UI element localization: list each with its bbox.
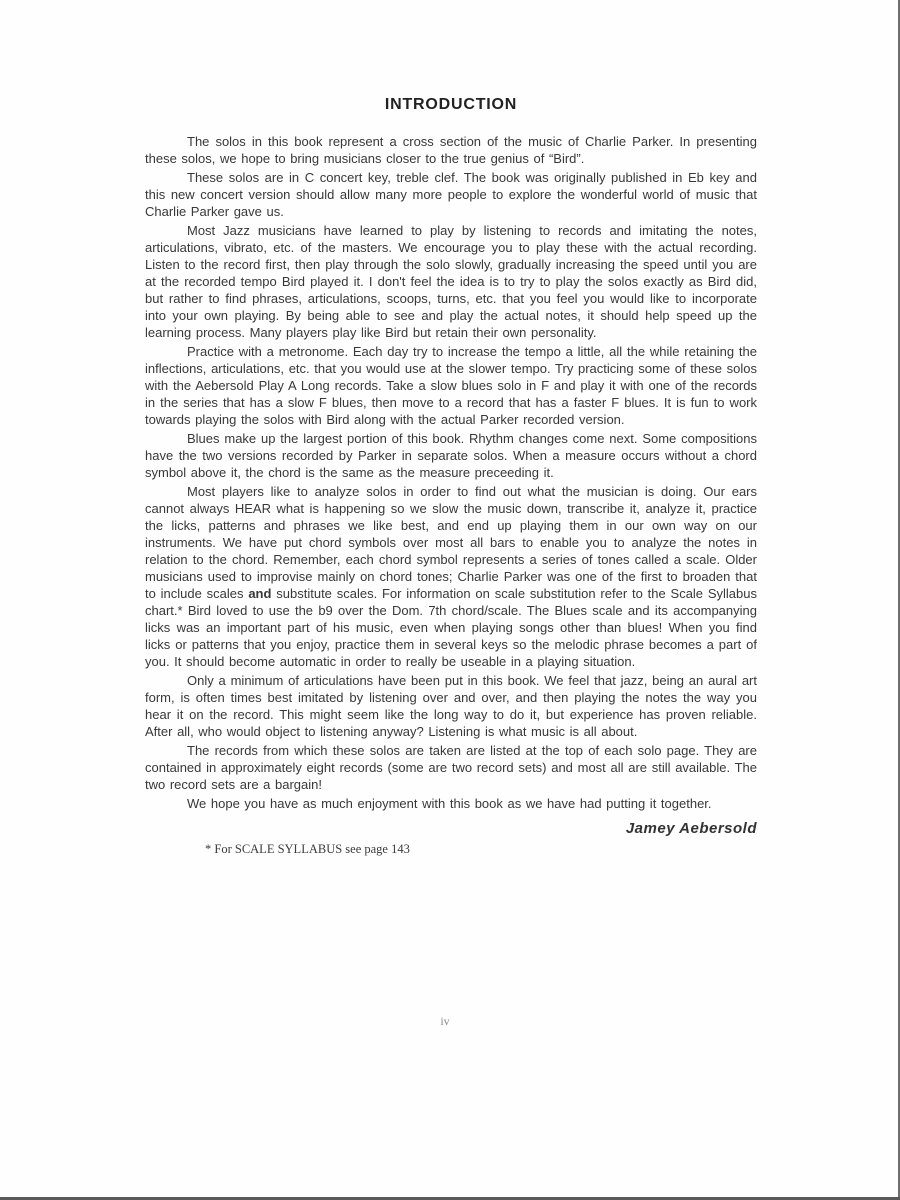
bold-text: and <box>248 586 271 601</box>
paragraph: We hope you have as much enjoyment with … <box>145 795 757 812</box>
book-page: INTRODUCTION The solos in this book repr… <box>0 0 900 1200</box>
paragraph: The solos in this book represent a cross… <box>145 133 757 167</box>
paragraph: Only a minimum of articulations have bee… <box>145 672 757 740</box>
paragraph: Most players like to analyze solos in or… <box>145 483 757 670</box>
paragraph: Most Jazz musicians have learned to play… <box>145 222 757 341</box>
page-title: INTRODUCTION <box>145 97 757 113</box>
paragraph: Blues make up the largest portion of thi… <box>145 430 757 481</box>
author-signature: Jamey Aebersold <box>145 820 757 837</box>
paragraph: These solos are in C concert key, treble… <box>145 169 757 220</box>
paragraphs: The solos in this book represent a cross… <box>145 133 757 812</box>
paragraph: The records from which these solos are t… <box>145 742 757 793</box>
page-content: INTRODUCTION The solos in this book repr… <box>145 97 757 857</box>
page-number: iv <box>0 1014 890 1029</box>
paragraph: Practice with a metronome. Each day try … <box>145 343 757 428</box>
scale-syllabus-footnote: * For SCALE SYLLABUS see page 143 <box>145 842 757 857</box>
text-segment: Most players like to analyze solos in or… <box>145 484 757 601</box>
